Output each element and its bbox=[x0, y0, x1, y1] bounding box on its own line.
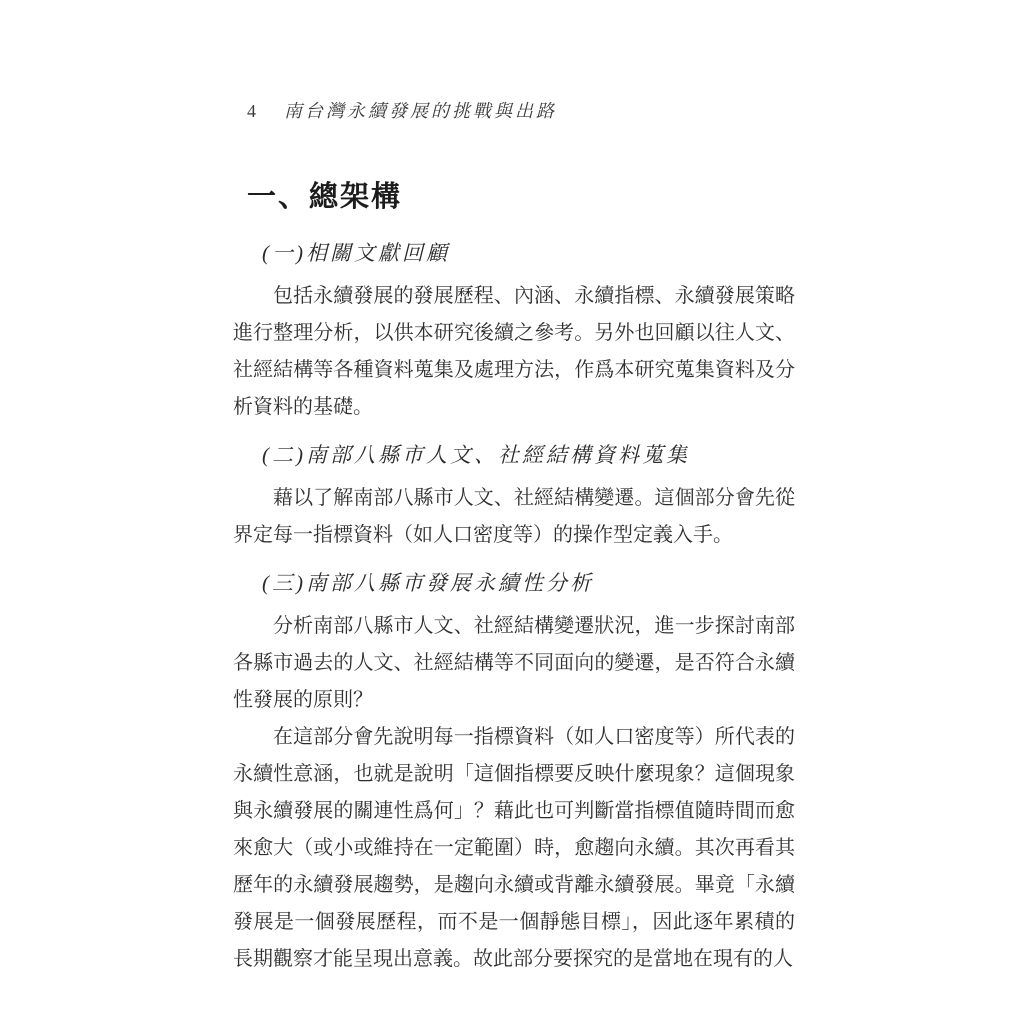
running-title: 南台灣永續發展的挑戰與出路 bbox=[284, 101, 557, 121]
section-sustainability-analysis: (三)南部八縣市發展永續性分析 分析南部八縣市人文、社經結構變遷狀況，進一步探討… bbox=[233, 568, 795, 978]
paragraph: 藉以了解南部八縣市人文、社經結構變遷。這個部分會先從 界定每一指標資料（如人口密… bbox=[233, 480, 795, 554]
text-line: 性發展的原則？ bbox=[233, 682, 795, 719]
text-line: 析資料的基礎。 bbox=[233, 389, 795, 426]
paragraph: 分析南部八縣市人文、社經結構變遷狀況，進一步探討南部 各縣市過去的人文、社經結構… bbox=[233, 608, 795, 719]
chapter-heading: 一、總架構 bbox=[247, 180, 795, 214]
text-line: 永續性意涵，也就是說明「這個指標要反映什麼現象？這個現象 bbox=[233, 756, 795, 793]
text-line: 分析南部八縣市人文、社經結構變遷狀況，進一步探討南部 bbox=[233, 608, 795, 645]
text-line: 界定每一指標資料（如人口密度等）的操作型定義入手。 bbox=[233, 517, 795, 554]
text-line: 與永續發展的關連性爲何」？藉此也可判斷當指標值隨時間而愈 bbox=[233, 793, 795, 830]
text-line: 發展是一個發展歷程，而不是一個靜態目標」，因此逐年累積的 bbox=[233, 904, 795, 941]
section-data-collection: (二)南部八縣市人文、社經結構資料蒐集 藉以了解南部八縣市人文、社經結構變遷。這… bbox=[233, 440, 795, 554]
paragraph: 包括永續發展的發展歷程、內涵、永續指標、永續發展策略 進行整理分析，以供本研究後… bbox=[233, 278, 795, 426]
section-heading-1: (一)相關文獻回顧 bbox=[262, 238, 795, 268]
text-line: 進行整理分析，以供本研究後續之參考。另外也回顧以往人文、 bbox=[233, 315, 795, 352]
text-line: 包括永續發展的發展歷程、內涵、永續指標、永續發展策略 bbox=[233, 278, 795, 315]
text-line: 來愈大（或小或維持在一定範圍）時，愈趨向永續。其次再看其 bbox=[233, 830, 795, 867]
text-line: 藉以了解南部八縣市人文、社經結構變遷。這個部分會先從 bbox=[233, 480, 795, 517]
section-heading-2: (二)南部八縣市人文、社經結構資料蒐集 bbox=[262, 440, 795, 470]
page-content: 4南台灣永續發展的挑戰與出路 一、總架構 (一)相關文獻回顧 包括永續發展的發展… bbox=[233, 100, 795, 978]
text-line: 長期觀察才能呈現出意義。故此部分要探究的是當地在現有的人 bbox=[233, 941, 795, 978]
paragraph: 在這部分會先說明每一指標資料（如人口密度等）所代表的 永續性意涵，也就是說明「這… bbox=[233, 719, 795, 978]
section-literature-review: (一)相關文獻回顧 包括永續發展的發展歷程、內涵、永續指標、永續發展策略 進行整… bbox=[233, 238, 795, 426]
text-line: 歷年的永續發展趨勢，是趨向永續或背離永續發展。畢竟「永續 bbox=[233, 867, 795, 904]
text-line: 在這部分會先說明每一指標資料（如人口密度等）所代表的 bbox=[233, 719, 795, 756]
section-heading-3: (三)南部八縣市發展永續性分析 bbox=[262, 568, 795, 598]
text-line: 各縣市過去的人文、社經結構等不同面向的變遷，是否符合永續 bbox=[233, 645, 795, 682]
page-number: 4 bbox=[247, 100, 256, 122]
page-header: 4南台灣永續發展的挑戰與出路 bbox=[247, 100, 795, 122]
text-line: 社經結構等各種資料蒐集及處理方法，作爲本研究蒐集資料及分 bbox=[233, 352, 795, 389]
book-page: 4南台灣永續發展的挑戰與出路 一、總架構 (一)相關文獻回顧 包括永續發展的發展… bbox=[0, 0, 1024, 1024]
